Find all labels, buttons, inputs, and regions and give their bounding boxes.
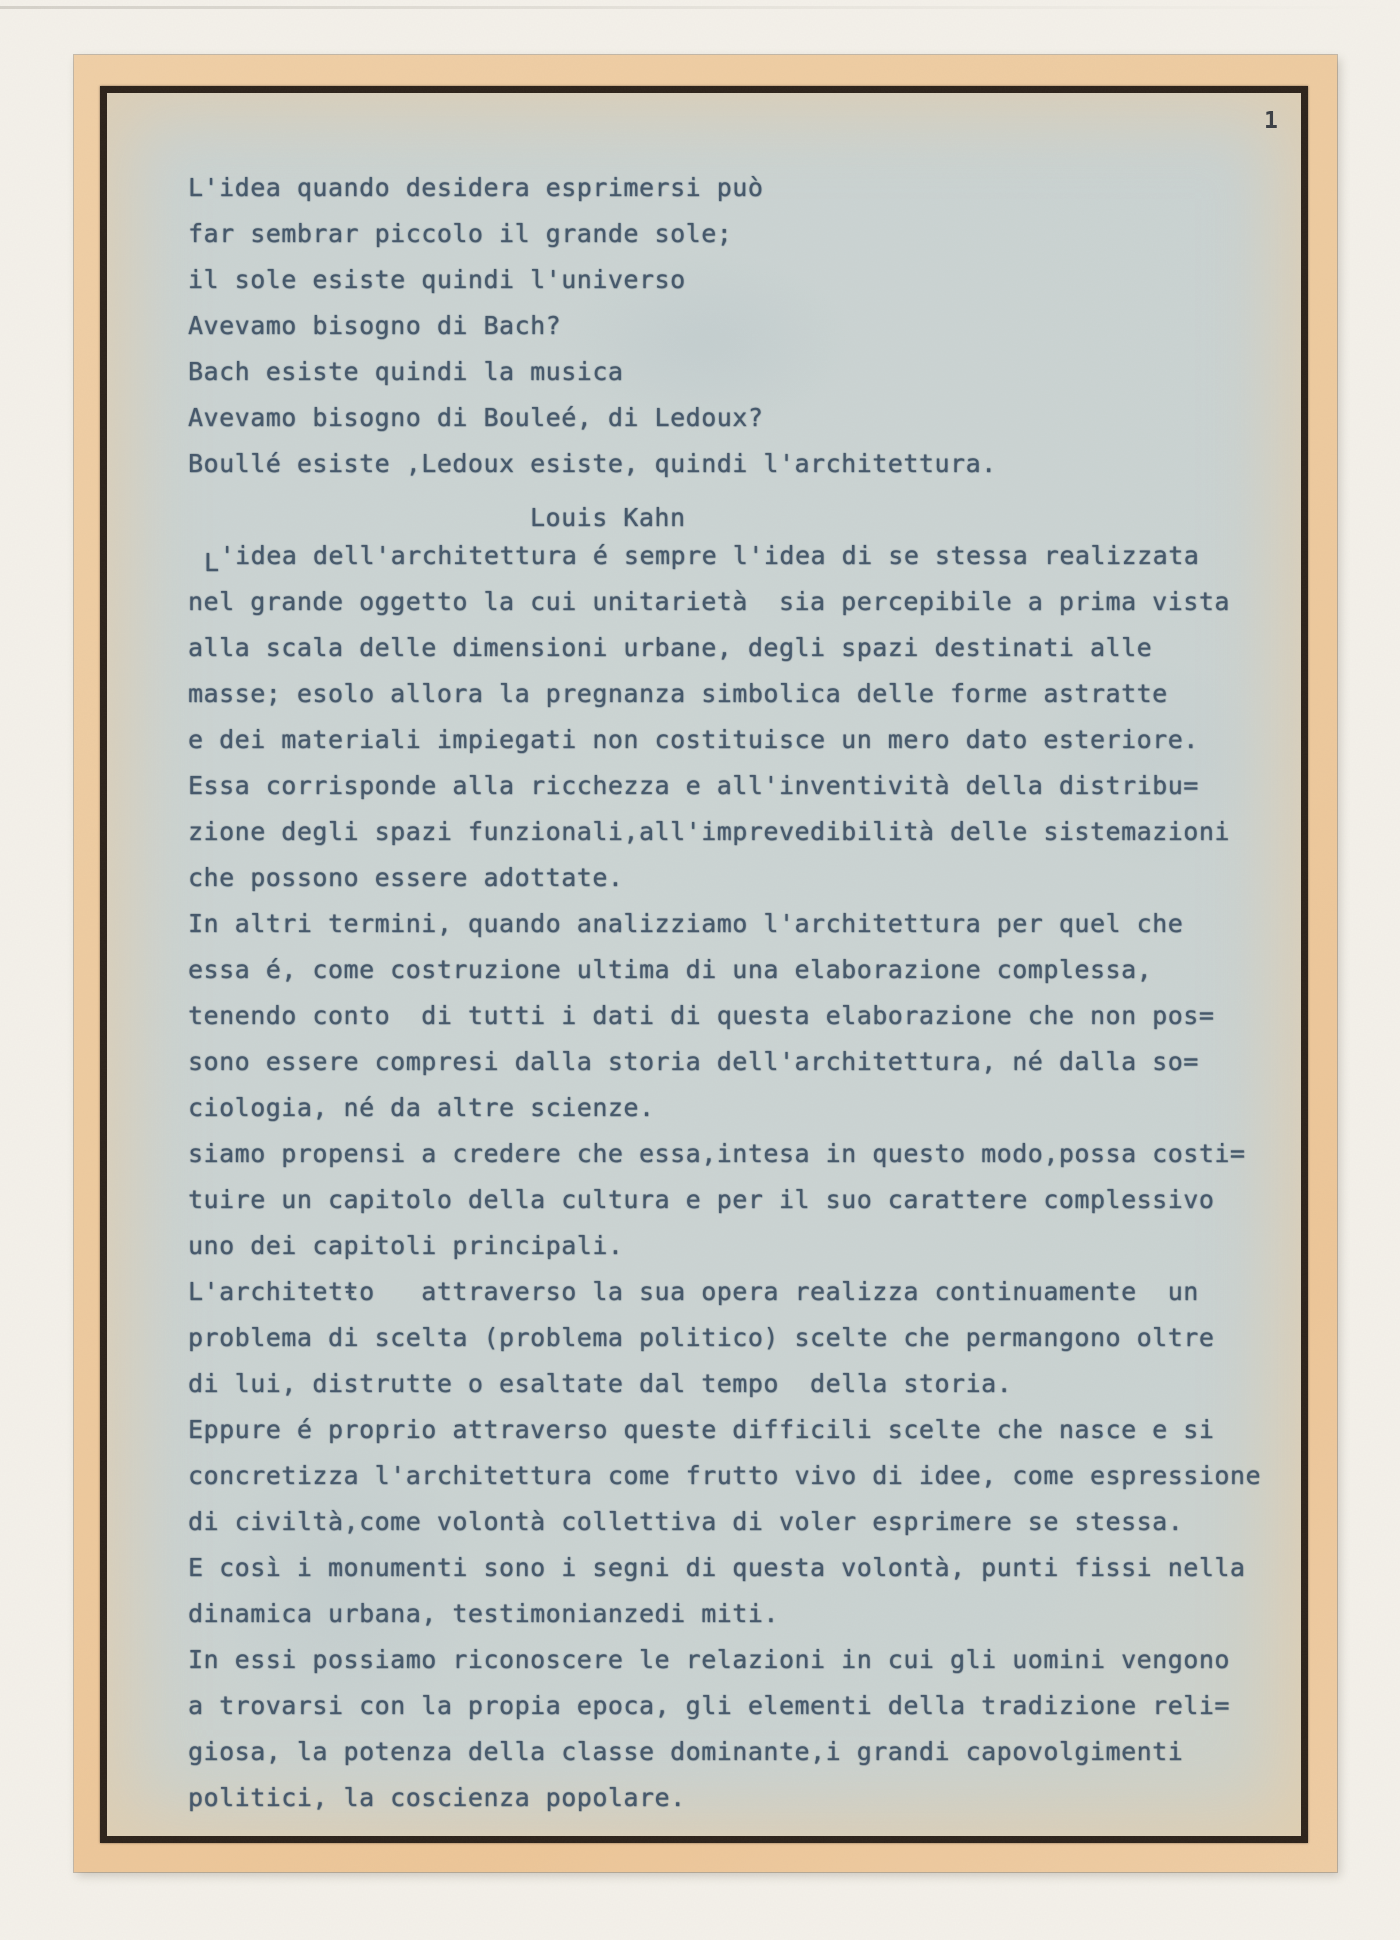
text-line: a trovarsi con la propia epoca, gli elem… — [188, 1691, 1328, 1737]
text-line: far sembrar piccolo il grande sole; — [188, 219, 1328, 265]
text-line: dinamica urbana, testimonianzedi miti. — [188, 1599, 1328, 1645]
text-line: Eppure é proprio attraverso queste diffi… — [188, 1415, 1328, 1461]
text-line: L'idea dell'architettura é sempre l'idea… — [188, 541, 1328, 587]
text-line: politici, la coscienza popolare. — [188, 1783, 1328, 1829]
scanner-edge-artifact — [0, 6, 1400, 9]
text-line: Boullé esiste ,Ledoux esiste, quindi l'a… — [188, 449, 1328, 495]
text-line: ciologia, né da altre scienze. — [188, 1093, 1328, 1139]
page-number: 1 — [1264, 108, 1278, 134]
text-line: uno dei capitoli principali. — [188, 1231, 1328, 1277]
text-line: e dei materiali impiegati non costituisc… — [188, 725, 1328, 771]
text-line: di civiltà,come volontà collettiva di vo… — [188, 1507, 1328, 1553]
text-line: di lui, distrutte o esaltate dal tempo d… — [188, 1369, 1328, 1415]
text-line: L'idea quando desidera esprimersi può — [188, 173, 1328, 219]
text-line: il sole esiste quindi l'universo — [188, 265, 1328, 311]
text-line: tenendo conto di tutti i dati di questa … — [188, 1001, 1328, 1047]
text-line: Essa corrisponde alla ricchezza e all'in… — [188, 771, 1328, 817]
text-line: masse; esolo allora la pregnanza simboli… — [188, 679, 1328, 725]
text-line: tuire un capitolo della cultura e per il… — [188, 1185, 1328, 1231]
dropped-letter: L — [204, 548, 220, 577]
text-line: Avevamo bisogno di Bach? — [188, 311, 1328, 357]
text-line: E così i monumenti sono i segni di quest… — [188, 1553, 1328, 1599]
text-line: alla scala delle dimensioni urbane, degl… — [188, 633, 1328, 679]
text-line: In altri termini, quando analizziamo l'a… — [188, 909, 1328, 955]
text-line: giosa, la potenza della classe dominante… — [188, 1737, 1328, 1783]
text-line: Avevamo bisogno di Bouleé, di Ledoux? — [188, 403, 1328, 449]
text-line: L'architetŧo attraverso la sua opera rea… — [188, 1277, 1328, 1323]
text-line: siamo propensi a credere che essa,intesa… — [188, 1139, 1328, 1185]
text-line: zione degli spazi funzionali,all'impreve… — [188, 817, 1328, 863]
text-line: concretizza l'architettura come frutto v… — [188, 1461, 1328, 1507]
text-line: che possono essere adottate. — [188, 863, 1328, 909]
text-line: problema di scelta (problema politico) s… — [188, 1323, 1328, 1369]
text-line: Louis Kahn — [188, 503, 1328, 541]
text-block: L'idea quando desidera esprimersi puòfar… — [188, 173, 1328, 1829]
text-line: In essi possiamo riconoscere le relazion… — [188, 1645, 1328, 1691]
scanned-document-page: { "document": { "page_number": "1", "col… — [0, 0, 1400, 1940]
text-line: Bach esiste quindi la musica — [188, 357, 1328, 403]
text-line: nel grande oggetto la cui unitarietà sia… — [188, 587, 1328, 633]
text-line: sono essere compresi dalla storia dell'a… — [188, 1047, 1328, 1093]
text-line: essa é, come costruzione ultima di una e… — [188, 955, 1328, 1001]
